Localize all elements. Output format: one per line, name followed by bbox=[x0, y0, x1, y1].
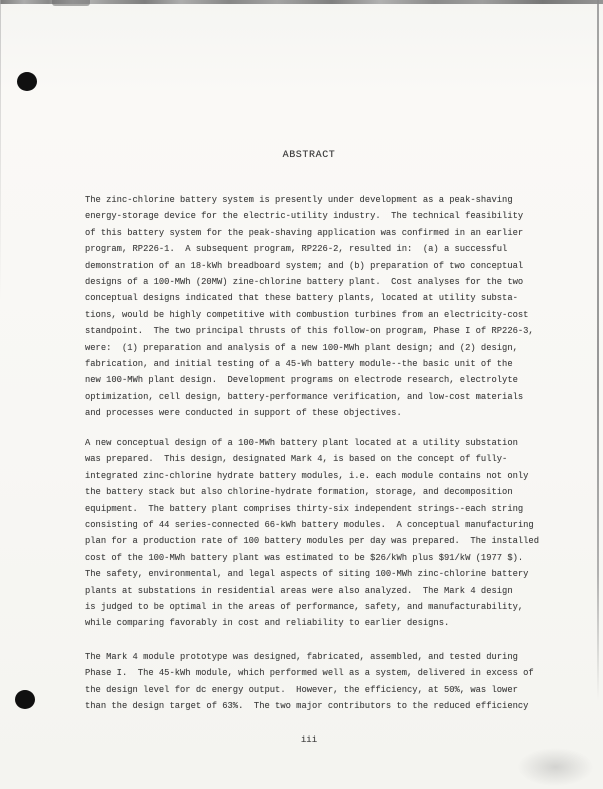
text-line: The safety, environmental, and legal asp… bbox=[85, 566, 565, 582]
text-line: the design level for dc energy output. H… bbox=[85, 682, 565, 698]
text-line: A new conceptual design of a 100-MWh bat… bbox=[85, 435, 565, 451]
hole-punch-top bbox=[17, 72, 37, 91]
text-line: tions, would be highly competitive with … bbox=[85, 307, 565, 323]
page-number: iii bbox=[85, 735, 533, 745]
text-line: fabrication, and initial testing of a 45… bbox=[85, 356, 565, 372]
text-line: and processes were conducted in support … bbox=[85, 405, 565, 421]
text-line: than the design target of 63%. The two m… bbox=[85, 698, 565, 714]
text-line: energy-storage device for the electric-u… bbox=[85, 208, 565, 224]
scan-artifact-top-band bbox=[0, 0, 603, 4]
text-line: integrated zinc-chlorine hydrate battery… bbox=[85, 468, 565, 484]
text-line: the battery stack but also chlorine-hydr… bbox=[85, 484, 565, 500]
text-line: consisting of 44 series-connected 66-kWh… bbox=[85, 517, 565, 533]
text-line: was prepared. This design, designated Ma… bbox=[85, 451, 565, 467]
text-line: while comparing favorably in cost and re… bbox=[85, 615, 565, 631]
hole-punch-bottom bbox=[15, 690, 35, 709]
text-line: The Mark 4 module prototype was designed… bbox=[85, 649, 565, 665]
paragraph-2: A new conceptual design of a 100-MWh bat… bbox=[85, 435, 565, 632]
abstract-heading: ABSTRACT bbox=[85, 150, 533, 161]
text-line: cost of the 100-MWh battery plant was es… bbox=[85, 550, 565, 566]
text-line: standpoint. The two principal thrusts of… bbox=[85, 323, 565, 339]
text-line: new 100-MWh plant design. Development pr… bbox=[85, 372, 565, 388]
text-line: plan for a production rate of 100 batter… bbox=[85, 533, 565, 549]
text-line: The zinc-chlorine battery system is pres… bbox=[85, 192, 565, 208]
scan-artifact-top-blotch bbox=[52, 0, 90, 6]
scan-artifact-left-edge bbox=[0, 0, 1, 300]
scanned-document-page: ABSTRACT The zinc-chlorine battery syste… bbox=[0, 0, 603, 789]
text-line: were: (1) preparation and analysis of a … bbox=[85, 340, 565, 356]
paragraph-3: The Mark 4 module prototype was designed… bbox=[85, 649, 565, 715]
paragraph-1: The zinc-chlorine battery system is pres… bbox=[85, 192, 565, 422]
text-line: plants at substations in residential are… bbox=[85, 583, 565, 599]
text-line: is judged to be optimal in the areas of … bbox=[85, 599, 565, 615]
text-line: designs of a 100-MWh (20MW) zine-chlorin… bbox=[85, 274, 565, 290]
text-line: of this battery system for the peak-shav… bbox=[85, 225, 565, 241]
text-line: Phase I. The 45-kWh module, which perfor… bbox=[85, 665, 565, 681]
text-line: optimization, cell design, battery-perfo… bbox=[85, 389, 565, 405]
text-line: program, RP226-1. A subsequent program, … bbox=[85, 241, 565, 257]
scan-artifact-smudge bbox=[518, 748, 593, 786]
scan-artifact-page-edge bbox=[597, 0, 599, 700]
text-line: conceptual designs indicated that these … bbox=[85, 290, 565, 306]
text-line: equipment. The battery plant comprises t… bbox=[85, 501, 565, 517]
text-line: demonstration of an 18-kWh breadboard sy… bbox=[85, 258, 565, 274]
